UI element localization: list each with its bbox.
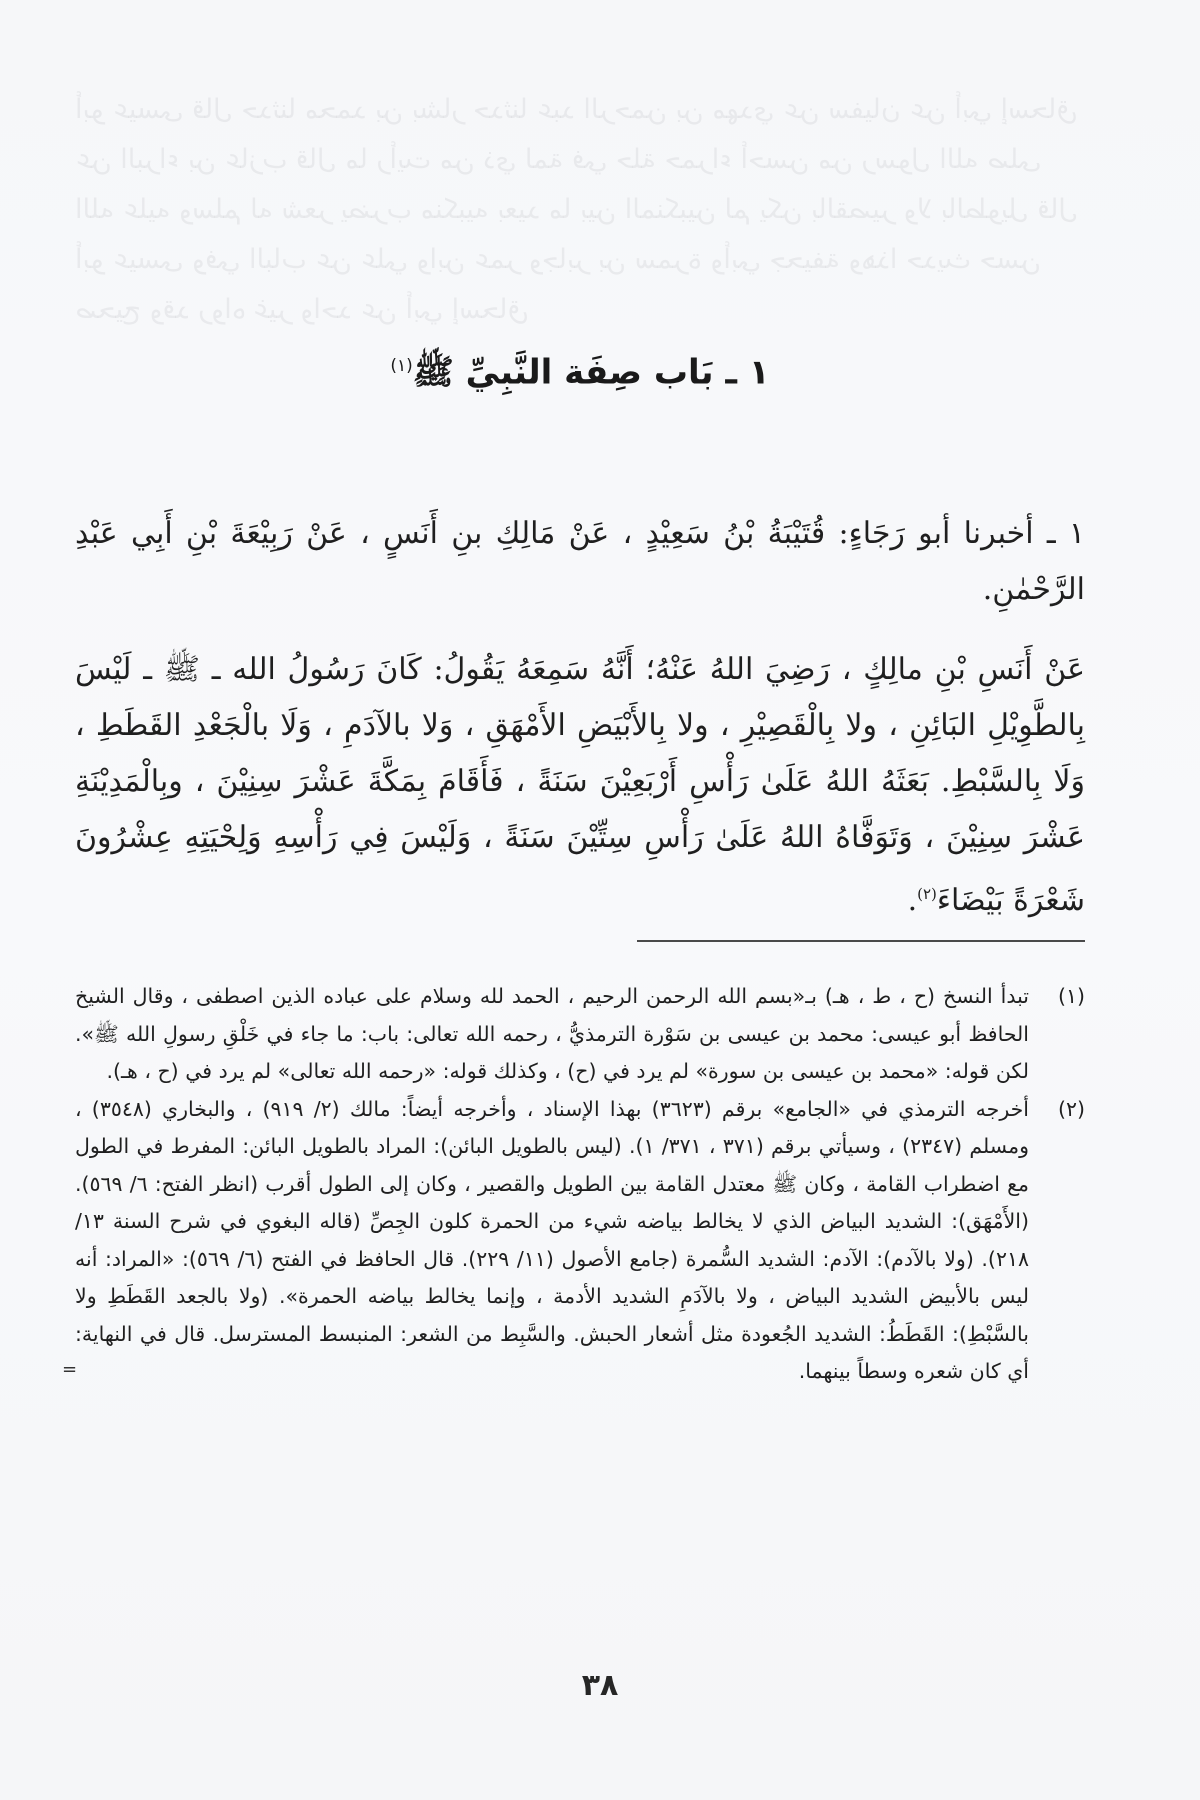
footnote-number: (١) bbox=[1041, 978, 1085, 1016]
chapter-title-text: ١ ـ بَاب صِفَة النَّبِيِّ ﷺ bbox=[413, 352, 770, 392]
hadith-isnad: ١ ـ أخبرنا أبو رَجَاءٍ: قُتَيْبَةُ بْنُ … bbox=[75, 506, 1085, 618]
matn-end-mark: . bbox=[908, 883, 918, 918]
matn-footnote-ref[interactable]: (٢) bbox=[917, 885, 937, 903]
hadith-matn-text: عَنْ أَنَسِ بْنِ مالِكٍ ، رَضِيَ اللهُ ع… bbox=[75, 652, 1085, 918]
chapter-footnote-ref[interactable]: (١) bbox=[390, 356, 412, 376]
hadith-matn: عَنْ أَنَسِ بْنِ مالِكٍ ، رَضِيَ اللهُ ع… bbox=[75, 642, 1085, 929]
footnotes-section: (١) تبدأ النسخ (ح ، ط ، هـ) بـ«بسم الله … bbox=[75, 978, 1085, 1391]
page-number: ٣٨ bbox=[0, 1668, 1200, 1703]
footnote-item: (٢) أخرجه الترمذي في «الجامع» برقم (٣٦٢٣… bbox=[75, 1091, 1085, 1391]
footnote-item: (١) تبدأ النسخ (ح ، ط ، هـ) بـ«بسم الله … bbox=[75, 978, 1085, 1091]
footnote-divider bbox=[637, 940, 1085, 942]
book-page: أبو عيسى قال حدثنا محمد بن بشار حدثنا عب… bbox=[0, 0, 1200, 1800]
footnote-text: أخرجه الترمذي في «الجامع» برقم (٣٦٢٣) به… bbox=[75, 1097, 1029, 1384]
continuation-mark: = bbox=[62, 1351, 77, 1389]
footnote-number: (٢) bbox=[1041, 1091, 1085, 1129]
chapter-title: ١ ـ بَاب صِفَة النَّبِيِّ ﷺ(١) bbox=[75, 341, 1085, 397]
footnote-text: تبدأ النسخ (ح ، ط ، هـ) بـ«بسم الله الرح… bbox=[75, 984, 1029, 1083]
